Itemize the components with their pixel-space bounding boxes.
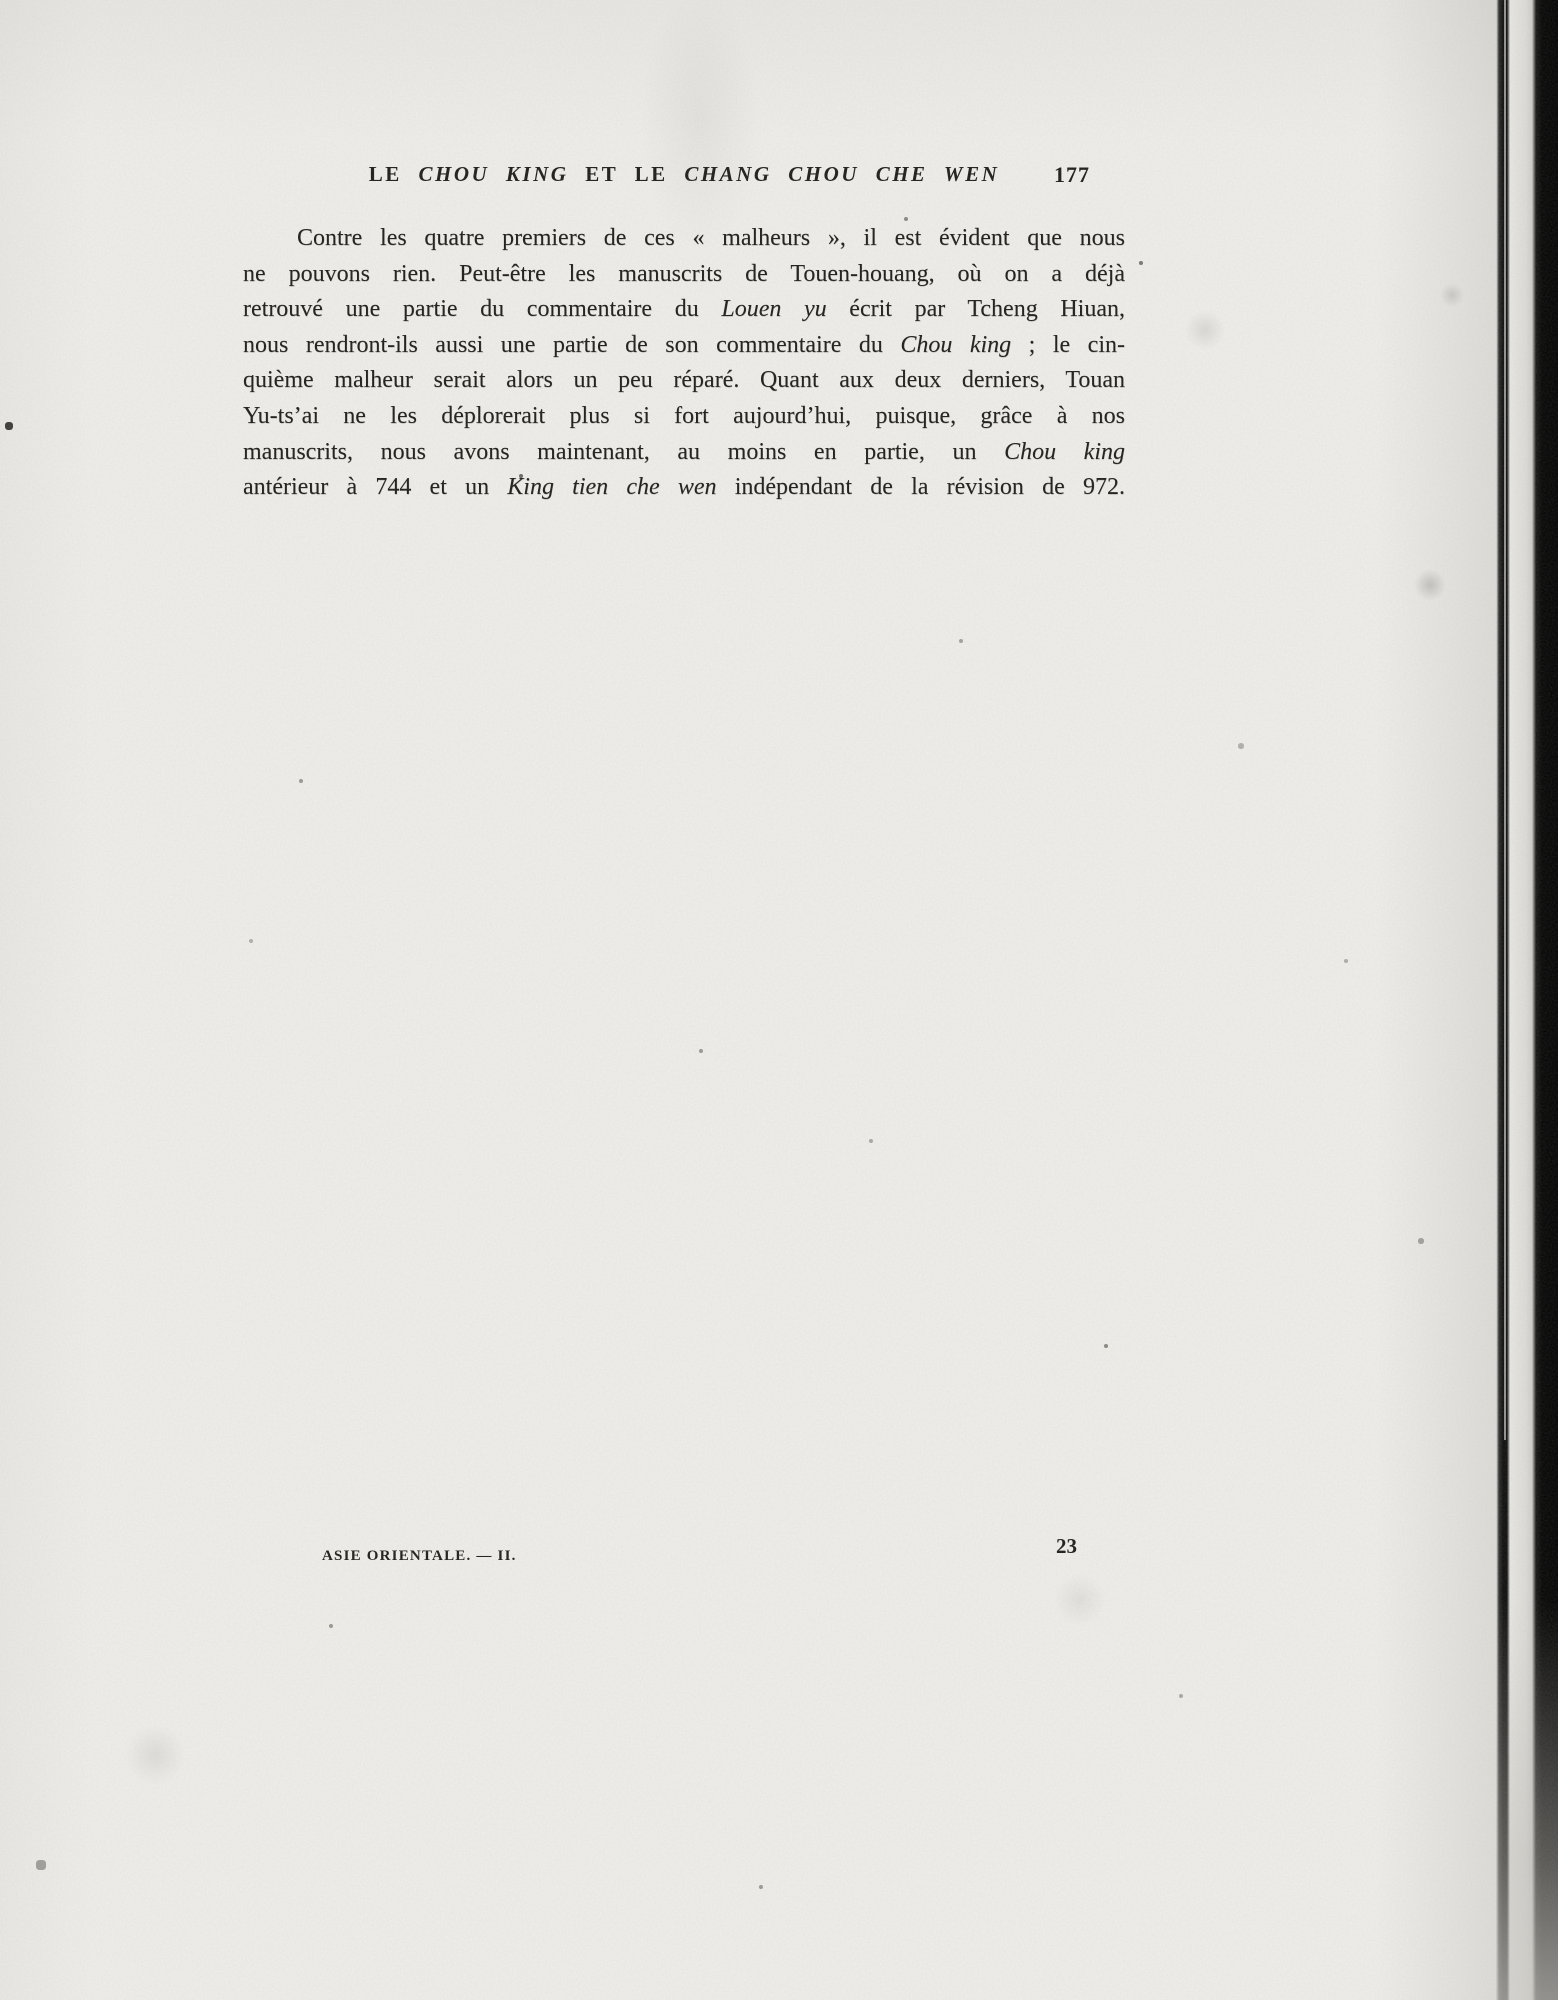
scanned-book-page: LE CHOU KING ET LE CHANG CHOU CHE WEN 17…	[0, 0, 1558, 2000]
footer-signature-title: ASIE ORIENTALE. — II.	[322, 1548, 517, 1565]
paragraph-line: retrouvé une partie du commentaire du Lo…	[243, 292, 1125, 328]
book-edge-fade	[1496, 0, 1558, 2000]
text-run: ne pouvons rien. Peut-être les manuscrit…	[243, 261, 1125, 287]
text-run: Yu-ts’ai ne les déplorerait plus si fort…	[243, 403, 1125, 429]
header-title: LE CHOU KING ET LE CHANG CHOU CHE WEN	[243, 162, 1125, 187]
paragraph-line: Contre les quatre premiers de ces « malh…	[243, 221, 1125, 257]
italic-text-run: Louen yu	[721, 296, 826, 322]
text-run: retrouvé une partie du commentaire du	[243, 296, 721, 322]
text-run: nous rendront-ils aussi une partie de so…	[243, 332, 900, 358]
body-paragraph: Contre les quatre premiers de ces « malh…	[243, 221, 1125, 506]
paper-speckles	[0, 0, 2, 2]
running-header: LE CHOU KING ET LE CHANG CHOU CHE WEN 17…	[243, 162, 1125, 198]
paragraph-line: ne pouvons rien. Peut-être les manuscrit…	[243, 257, 1125, 293]
paragraph-line: manuscrits, nous avons maintenant, au mo…	[243, 435, 1125, 471]
footer-signature-number: 23	[1056, 1534, 1077, 1559]
text-run: manuscrits, nous avons maintenant, au mo…	[243, 439, 1004, 465]
text-run: écrit par Tcheng Hiuan,	[827, 296, 1125, 322]
italic-text-run: Chou king	[900, 332, 1011, 358]
book-edge-scan-band	[1496, 0, 1558, 2000]
text-run: LE	[369, 162, 419, 186]
italic-text-run: Chou king	[1004, 439, 1125, 465]
paragraph-line: nous rendront-ils aussi une partie de so…	[243, 328, 1125, 364]
italic-text-run: CHOU KING	[419, 162, 569, 186]
gutter-shadow	[1376, 0, 1496, 2000]
text-run: ; le cin-	[1011, 332, 1125, 358]
text-run: antérieur à 744 et un	[243, 474, 507, 500]
paragraph-line: antérieur à 744 et un King tien che wen …	[243, 470, 1125, 506]
text-run: quième malheur serait alors un peu répar…	[243, 367, 1125, 393]
text-run: indépendant de la révision de 972.	[717, 474, 1125, 500]
paragraph-line: quième malheur serait alors un peu répar…	[243, 363, 1125, 399]
paragraph-line: Yu-ts’ai ne les déplorerait plus si fort…	[243, 399, 1125, 435]
italic-text-run: King tien che wen	[507, 474, 716, 500]
page-number: 177	[1054, 162, 1090, 188]
text-run: ET LE	[568, 162, 684, 186]
italic-text-run: CHANG CHOU CHE WEN	[684, 162, 999, 186]
text-run: Contre les quatre premiers de ces « malh…	[297, 225, 1125, 251]
